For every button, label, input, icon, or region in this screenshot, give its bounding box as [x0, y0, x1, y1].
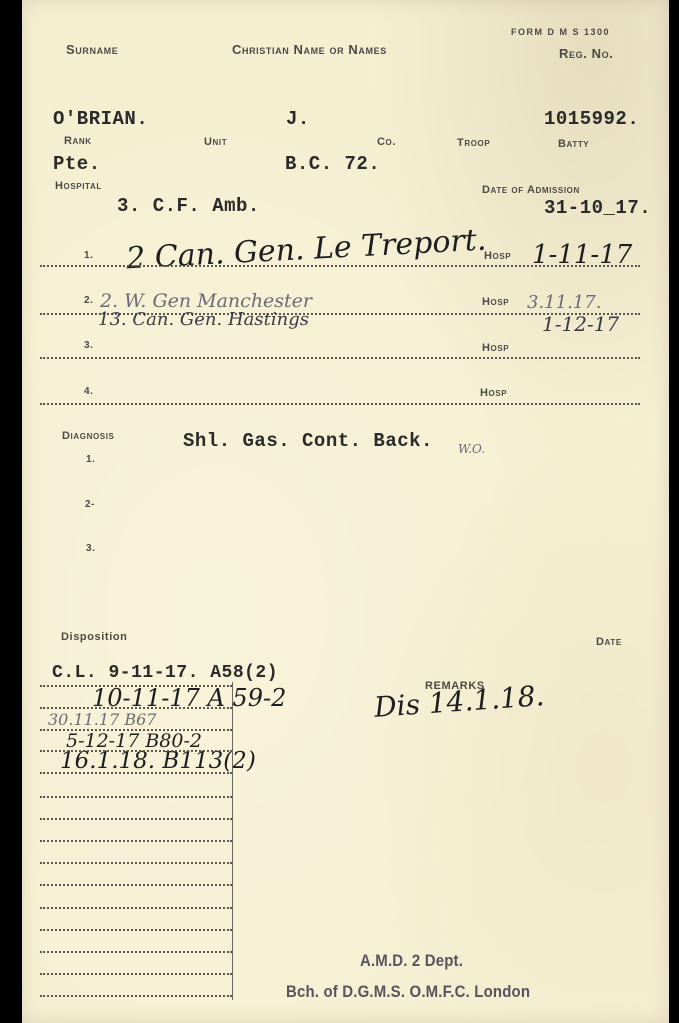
disposition-line	[40, 862, 232, 864]
hosp-label-3: Hosp	[482, 342, 509, 354]
hospital-2-transfer-name: 13. Can. Gen. Hastings	[98, 309, 309, 330]
date-of-admission-value: 31-10_17.	[544, 197, 651, 219]
troop-label: Troop	[457, 137, 490, 149]
hosp-label-4: Hosp	[480, 387, 507, 399]
diagnosis-annotation: W.O.	[458, 442, 485, 456]
rank-label: Rank	[64, 135, 92, 147]
unit-co-value: B.C. 72.	[285, 153, 380, 175]
disposition-line	[40, 907, 232, 909]
co-label: Co.	[377, 136, 396, 148]
batty-label: Batty	[558, 138, 589, 150]
department-stamp-line-2: Bch. of D.G.M.S. O.M.F.C. London	[286, 982, 530, 1002]
hospital-line-4	[40, 403, 640, 405]
diagnosis-number-3: 3.	[86, 543, 96, 554]
hospital-line-number-4: 4.	[84, 386, 94, 397]
reg-no-value: 1015992.	[544, 108, 639, 130]
department-stamp-line-1: A.M.D. 2 Dept.	[360, 951, 463, 971]
disposition-entry-1: C.L. 9-11-17. A58(2)	[52, 663, 278, 683]
christian-names-label: Christian Name or Names	[232, 42, 387, 57]
date-of-admission-label: Date of Admission	[482, 184, 580, 196]
diagnosis-number-1: 1.	[86, 454, 96, 465]
hospital-value: 3. C.F. Amb.	[117, 195, 260, 217]
diagnosis-label: Diagnosis	[62, 430, 114, 442]
disposition-entry-3: 30.11.17 B67	[48, 710, 156, 729]
reg-no-label: Reg. No.	[559, 46, 613, 61]
hospital-line-1	[40, 265, 640, 267]
hosp-label-1: Hosp	[484, 250, 511, 262]
disposition-line	[40, 951, 232, 953]
disposition-line	[40, 973, 232, 975]
hosp-label-2: Hosp	[482, 296, 509, 308]
diagnosis-value: Shl. Gas. Cont. Back.	[183, 430, 433, 452]
disposition-column-divider	[232, 682, 233, 1000]
diagnosis-number-2: 2-	[85, 499, 95, 510]
form-number: FORM D M S 1300	[511, 27, 610, 37]
hospital-line-3	[40, 357, 640, 359]
hospital-line-number-2: 2.	[84, 295, 94, 306]
medical-record-card: FORM D M S 1300 Surname Christian Name o…	[22, 0, 669, 1023]
hospital-1-name: 2 Can. Gen. Le Treport.	[125, 223, 487, 277]
disposition-line	[40, 685, 232, 687]
disposition-label: Disposition	[61, 631, 128, 643]
hospital-2-date: 3.11.17.	[527, 292, 601, 313]
disposition-line	[40, 840, 232, 842]
disposition-line	[40, 707, 232, 709]
disposition-line	[40, 995, 232, 997]
disposition-line	[40, 772, 232, 774]
disposition-line	[40, 884, 232, 886]
hospital-line-number-1: 1.	[84, 250, 94, 261]
unit-label: Unit	[204, 136, 227, 148]
surname-label: Surname	[66, 42, 118, 57]
disposition-line	[40, 796, 232, 798]
remarks-value: Dis 14.1.18.	[373, 679, 545, 724]
rank-value: Pte.	[53, 153, 101, 175]
surname-value: O'BRIAN.	[53, 108, 148, 130]
hospital-line-number-3: 3.	[84, 340, 94, 351]
date-label: Date	[596, 636, 622, 648]
disposition-line	[40, 929, 232, 931]
hospital-label: Hospital	[55, 180, 102, 192]
christian-names-value: J.	[286, 108, 310, 130]
disposition-line	[40, 750, 232, 752]
disposition-line	[40, 729, 232, 731]
hospital-2-transfer-date: 1-12-17	[542, 312, 619, 336]
disposition-line	[40, 818, 232, 820]
